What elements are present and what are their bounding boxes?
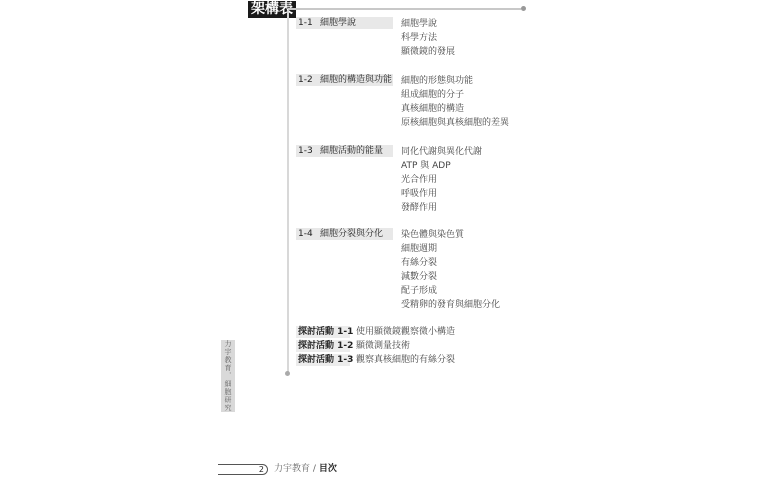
- activity-row: 探討活動 1-3觀察真核細胞的有絲分裂: [296, 354, 455, 366]
- side-tab: 力宇教育．細胞研究: [221, 340, 235, 412]
- list-item: 減數分裂: [401, 270, 500, 284]
- activity-description: 顯微測量技術: [356, 340, 410, 352]
- list-item: 細胞的形態與功能: [401, 74, 509, 88]
- top-divider: [288, 8, 521, 10]
- list-item: 光合作用: [401, 173, 482, 187]
- activity-row: 探討活動 1-1使用顯微鏡觀察微小構造: [296, 326, 455, 338]
- list-item: 同化代謝與異化代謝: [401, 145, 482, 159]
- footer-text: 力宇教育 / 目次: [274, 463, 337, 475]
- section-items: 同化代謝與異化代謝 ATP 與 ADP 光合作用 呼吸作用 發酵作用: [401, 145, 482, 215]
- activity-row: 探討活動 1-2顯微測量技術: [296, 340, 410, 352]
- vertical-divider: [287, 10, 289, 372]
- list-item: 有絲分裂: [401, 256, 500, 270]
- section-title: 細胞的構造與功能: [320, 75, 392, 85]
- section-title: 細胞活動的能量: [320, 146, 383, 156]
- list-item: 染色體與染色質: [401, 228, 500, 242]
- list-item: 顯微鏡的發展: [401, 45, 455, 59]
- list-item: 組成細胞的分子: [401, 88, 509, 102]
- activity-tag: 探討活動 1-1: [296, 326, 350, 338]
- section-label: 1-2細胞的構造與功能: [296, 74, 393, 86]
- list-item: 細胞週期: [401, 242, 500, 256]
- list-item: 發酵作用: [401, 201, 482, 215]
- list-item: 細胞學說: [401, 17, 455, 31]
- list-item: 呼吸作用: [401, 187, 482, 201]
- page-number: 2: [218, 464, 268, 475]
- section-title: 細胞分裂與分化: [320, 229, 383, 239]
- divider-endpoint: [285, 371, 290, 376]
- list-item: 科學方法: [401, 31, 455, 45]
- section-number: 1-2: [296, 74, 320, 86]
- section-items: 細胞的形態與功能 組成細胞的分子 真核細胞的構造 原核細胞與真核細胞的差異: [401, 74, 509, 130]
- list-item: 原核細胞與真核細胞的差異: [401, 116, 509, 130]
- list-item: 配子形成: [401, 284, 500, 298]
- section-label: 1-3細胞活動的能量: [296, 145, 393, 157]
- section-label: 1-1細胞學說: [296, 17, 393, 29]
- list-item: ATP 與 ADP: [401, 159, 482, 173]
- divider-endpoint: [521, 6, 526, 11]
- section-title: 細胞學說: [320, 18, 356, 28]
- activity-tag: 探討活動 1-3: [296, 354, 350, 366]
- list-item: 受精卵的發育與細胞分化: [401, 298, 500, 312]
- section-items: 細胞學說 科學方法 顯微鏡的發展: [401, 17, 455, 59]
- list-item: 真核細胞的構造: [401, 102, 509, 116]
- section-name: 目次: [319, 464, 337, 474]
- section-number: 1-1: [296, 17, 320, 29]
- publisher-name: 力宇教育: [274, 464, 310, 474]
- section-label: 1-4細胞分裂與分化: [296, 228, 393, 240]
- footer-separator: /: [313, 464, 316, 474]
- section-items: 染色體與染色質 細胞週期 有絲分裂 減數分裂 配子形成 受精卵的發育與細胞分化: [401, 228, 500, 312]
- activity-tag: 探討活動 1-2: [296, 340, 350, 352]
- activity-description: 觀察真核細胞的有絲分裂: [356, 354, 455, 366]
- activity-description: 使用顯微鏡觀察微小構造: [356, 326, 455, 338]
- section-number: 1-4: [296, 228, 320, 240]
- section-number: 1-3: [296, 145, 320, 157]
